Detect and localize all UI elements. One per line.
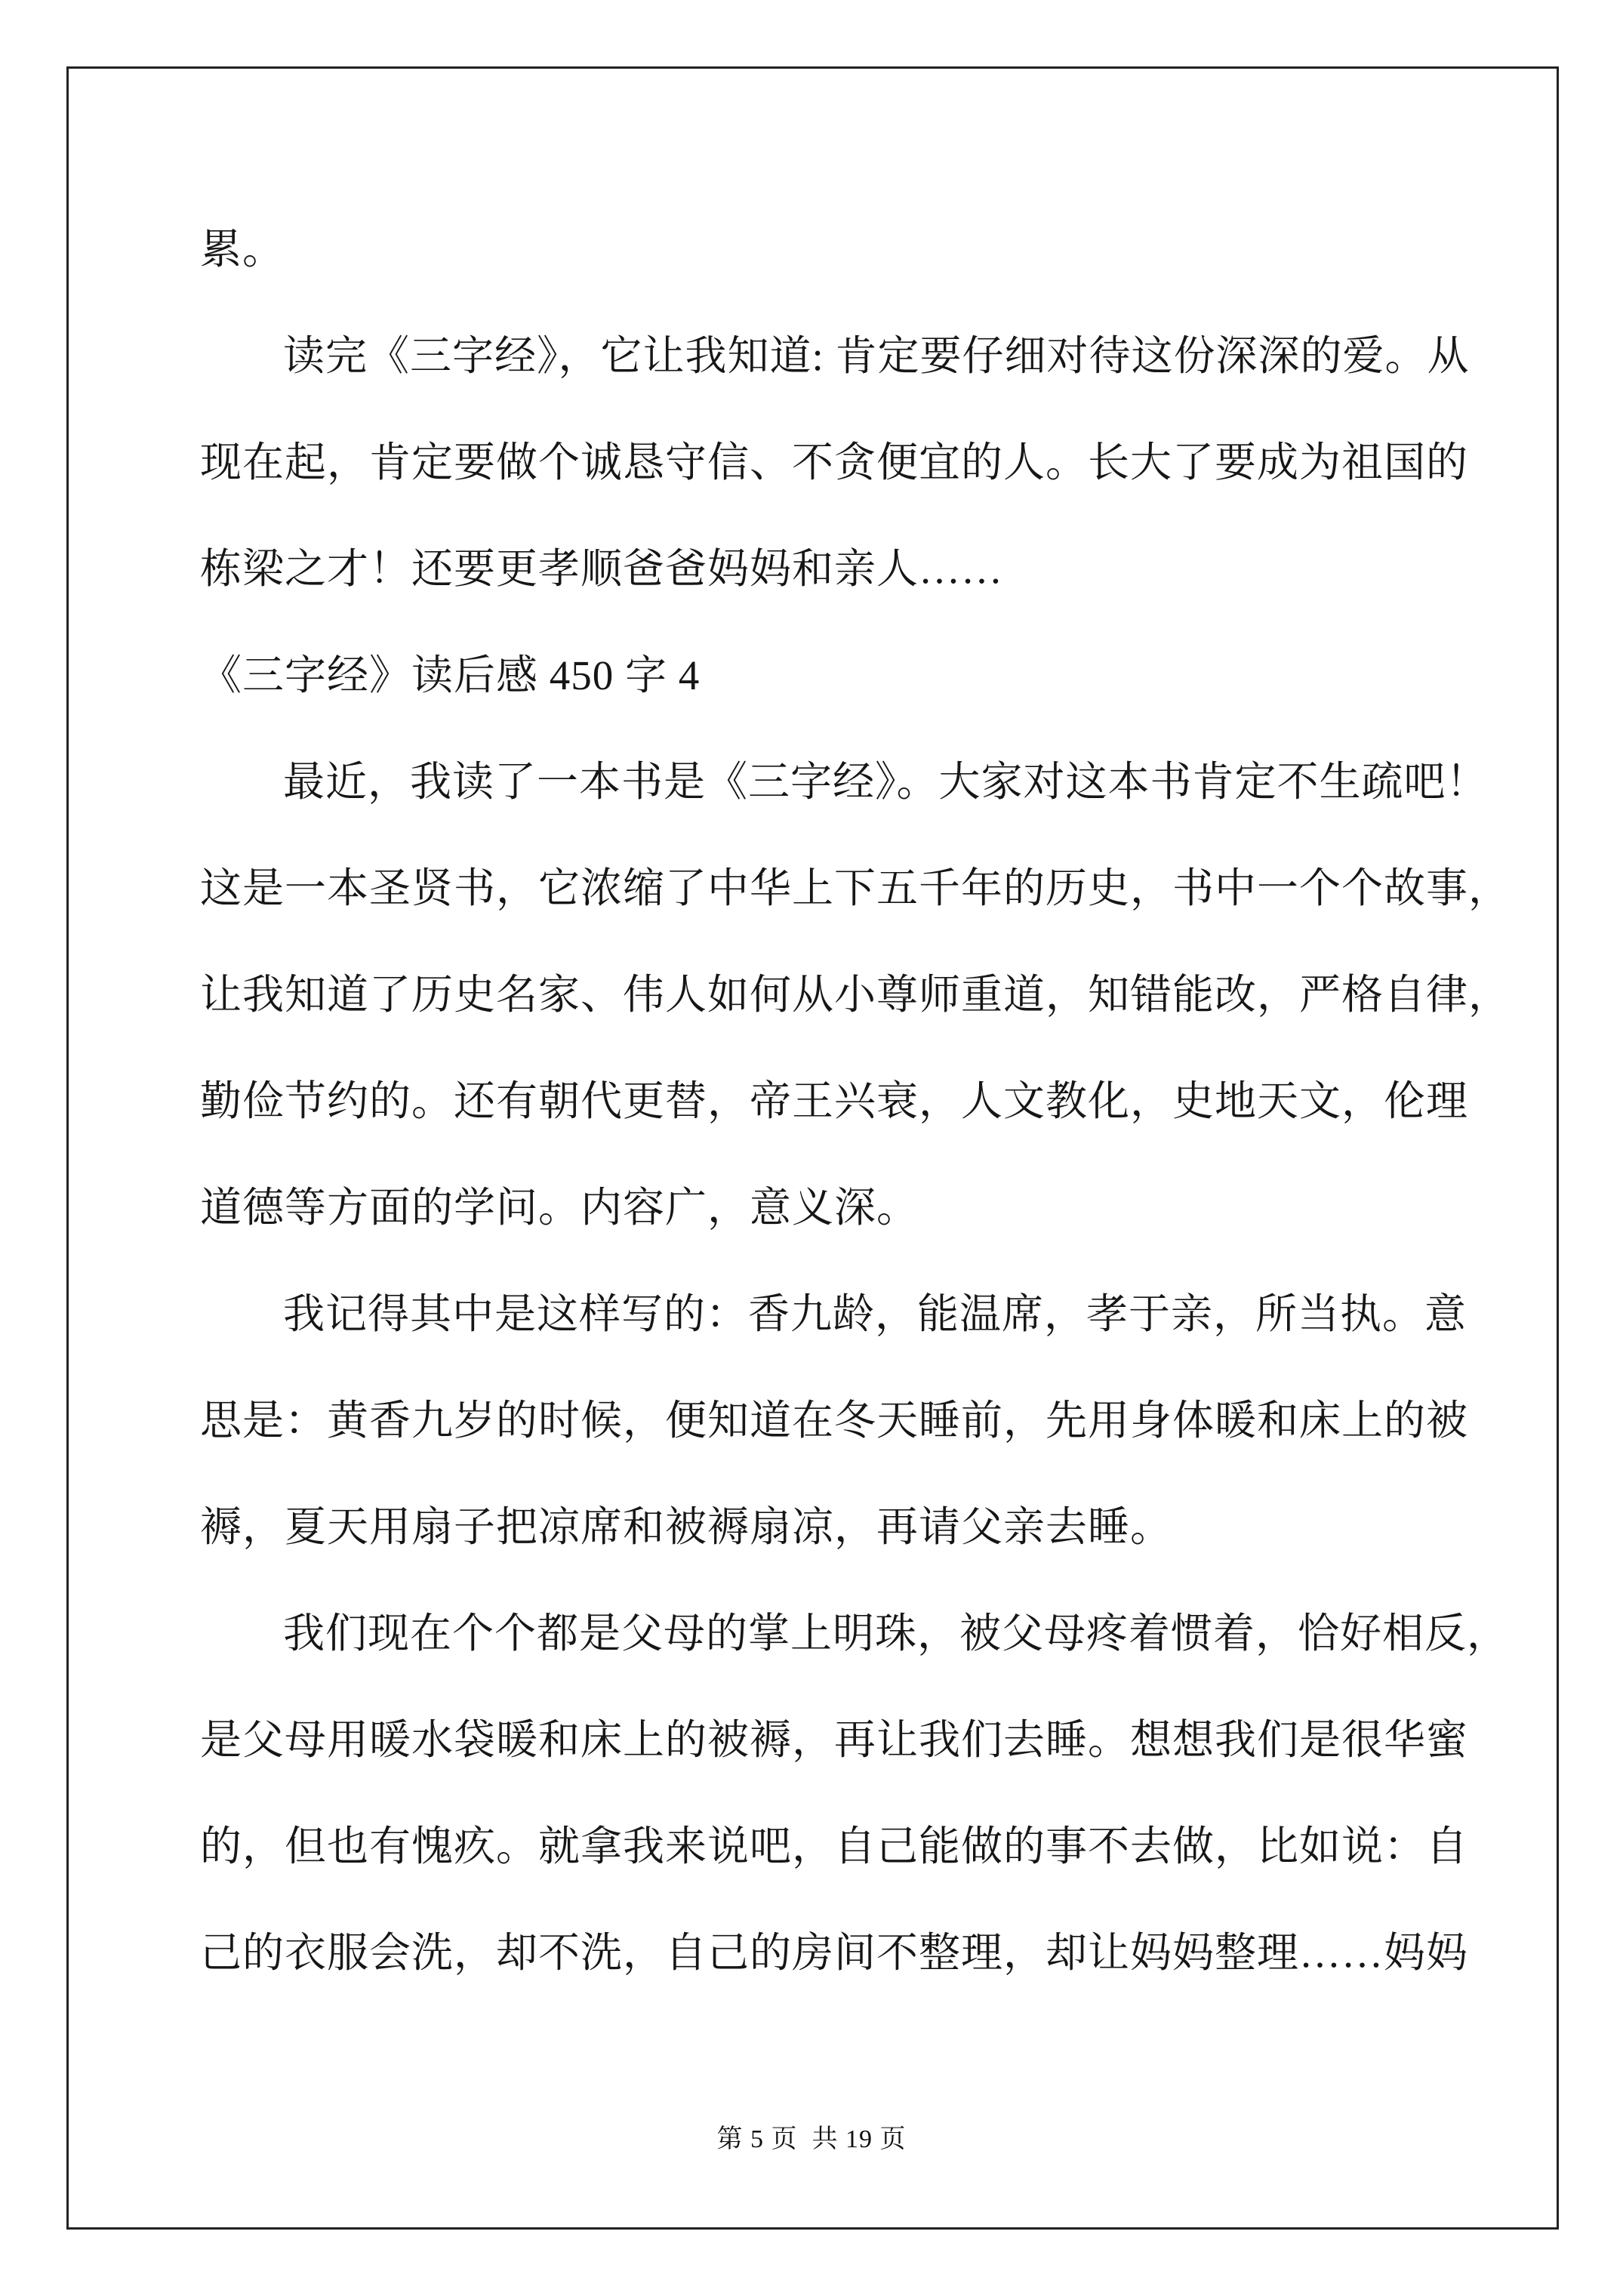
text-line: 读完《三字经》，它让我知道: 肯定要仔细对待这份深深的爱。从 <box>200 303 1529 409</box>
text-line: 思是：黄香九岁的时候，便知道在冬天睡前，先用身体暖和床上的被 <box>200 1367 1529 1474</box>
text-line: 是父母用暖水袋暖和床上的被褥，再让我们去睡。想想我们是很华蜜 <box>200 1687 1529 1793</box>
text-line: 的，但也有愧疚。就拿我来说吧，自己能做的事不去做，比如说：自 <box>200 1793 1529 1900</box>
text-line: 栋梁之才！还要更孝顺爸爸妈妈和亲人…… <box>200 516 1529 622</box>
text-line: 勤俭节约的。还有朝代更替，帝王兴衰，人文教化，史地天文，伦理 <box>200 1048 1529 1154</box>
section-heading-line: 《三字经》读后感 450 字 4 <box>200 622 1529 729</box>
text-line: 让我知道了历史名家、伟人如何从小尊师重道，知错能改，严格自律， <box>200 942 1529 1048</box>
text-line: 现在起，肯定要做个诚恳守信、不贪便宜的人。长大了要成为祖国的 <box>200 409 1529 516</box>
document-page: { "doc": { "lines": [ { "text": "累。" }, … <box>0 0 1623 2296</box>
text-line: 累。 <box>200 196 1529 303</box>
text-line: 我记得其中是这样写的：香九龄，能温席，孝于亲，所当执。意 <box>200 1261 1529 1367</box>
page-footer: 第 5 页 共 19 页 <box>0 2123 1623 2156</box>
text-line: 这是一本圣贤书，它浓缩了中华上下五千年的历史，书中一个个故事， <box>200 835 1529 942</box>
text-line: 我们现在个个都是父母的掌上明珠，被父母疼着惯着，恰好相反， <box>200 1580 1529 1687</box>
text-line: 己的衣服会洗，却不洗，自己的房间不整理，却让妈妈整理……妈妈 <box>200 1900 1529 2006</box>
text-line: 道德等方面的学问。内容广，意义深。 <box>200 1154 1529 1261</box>
document-body: 累。 读完《三字经》，它让我知道: 肯定要仔细对待这份深深的爱。从 现在起，肯定… <box>200 196 1529 2006</box>
text-line: 最近，我读了一本书是《三字经》。大家对这本书肯定不生疏吧！ <box>200 729 1529 835</box>
text-line: 褥，夏天用扇子把凉席和被褥扇凉，再请父亲去睡。 <box>200 1474 1529 1580</box>
